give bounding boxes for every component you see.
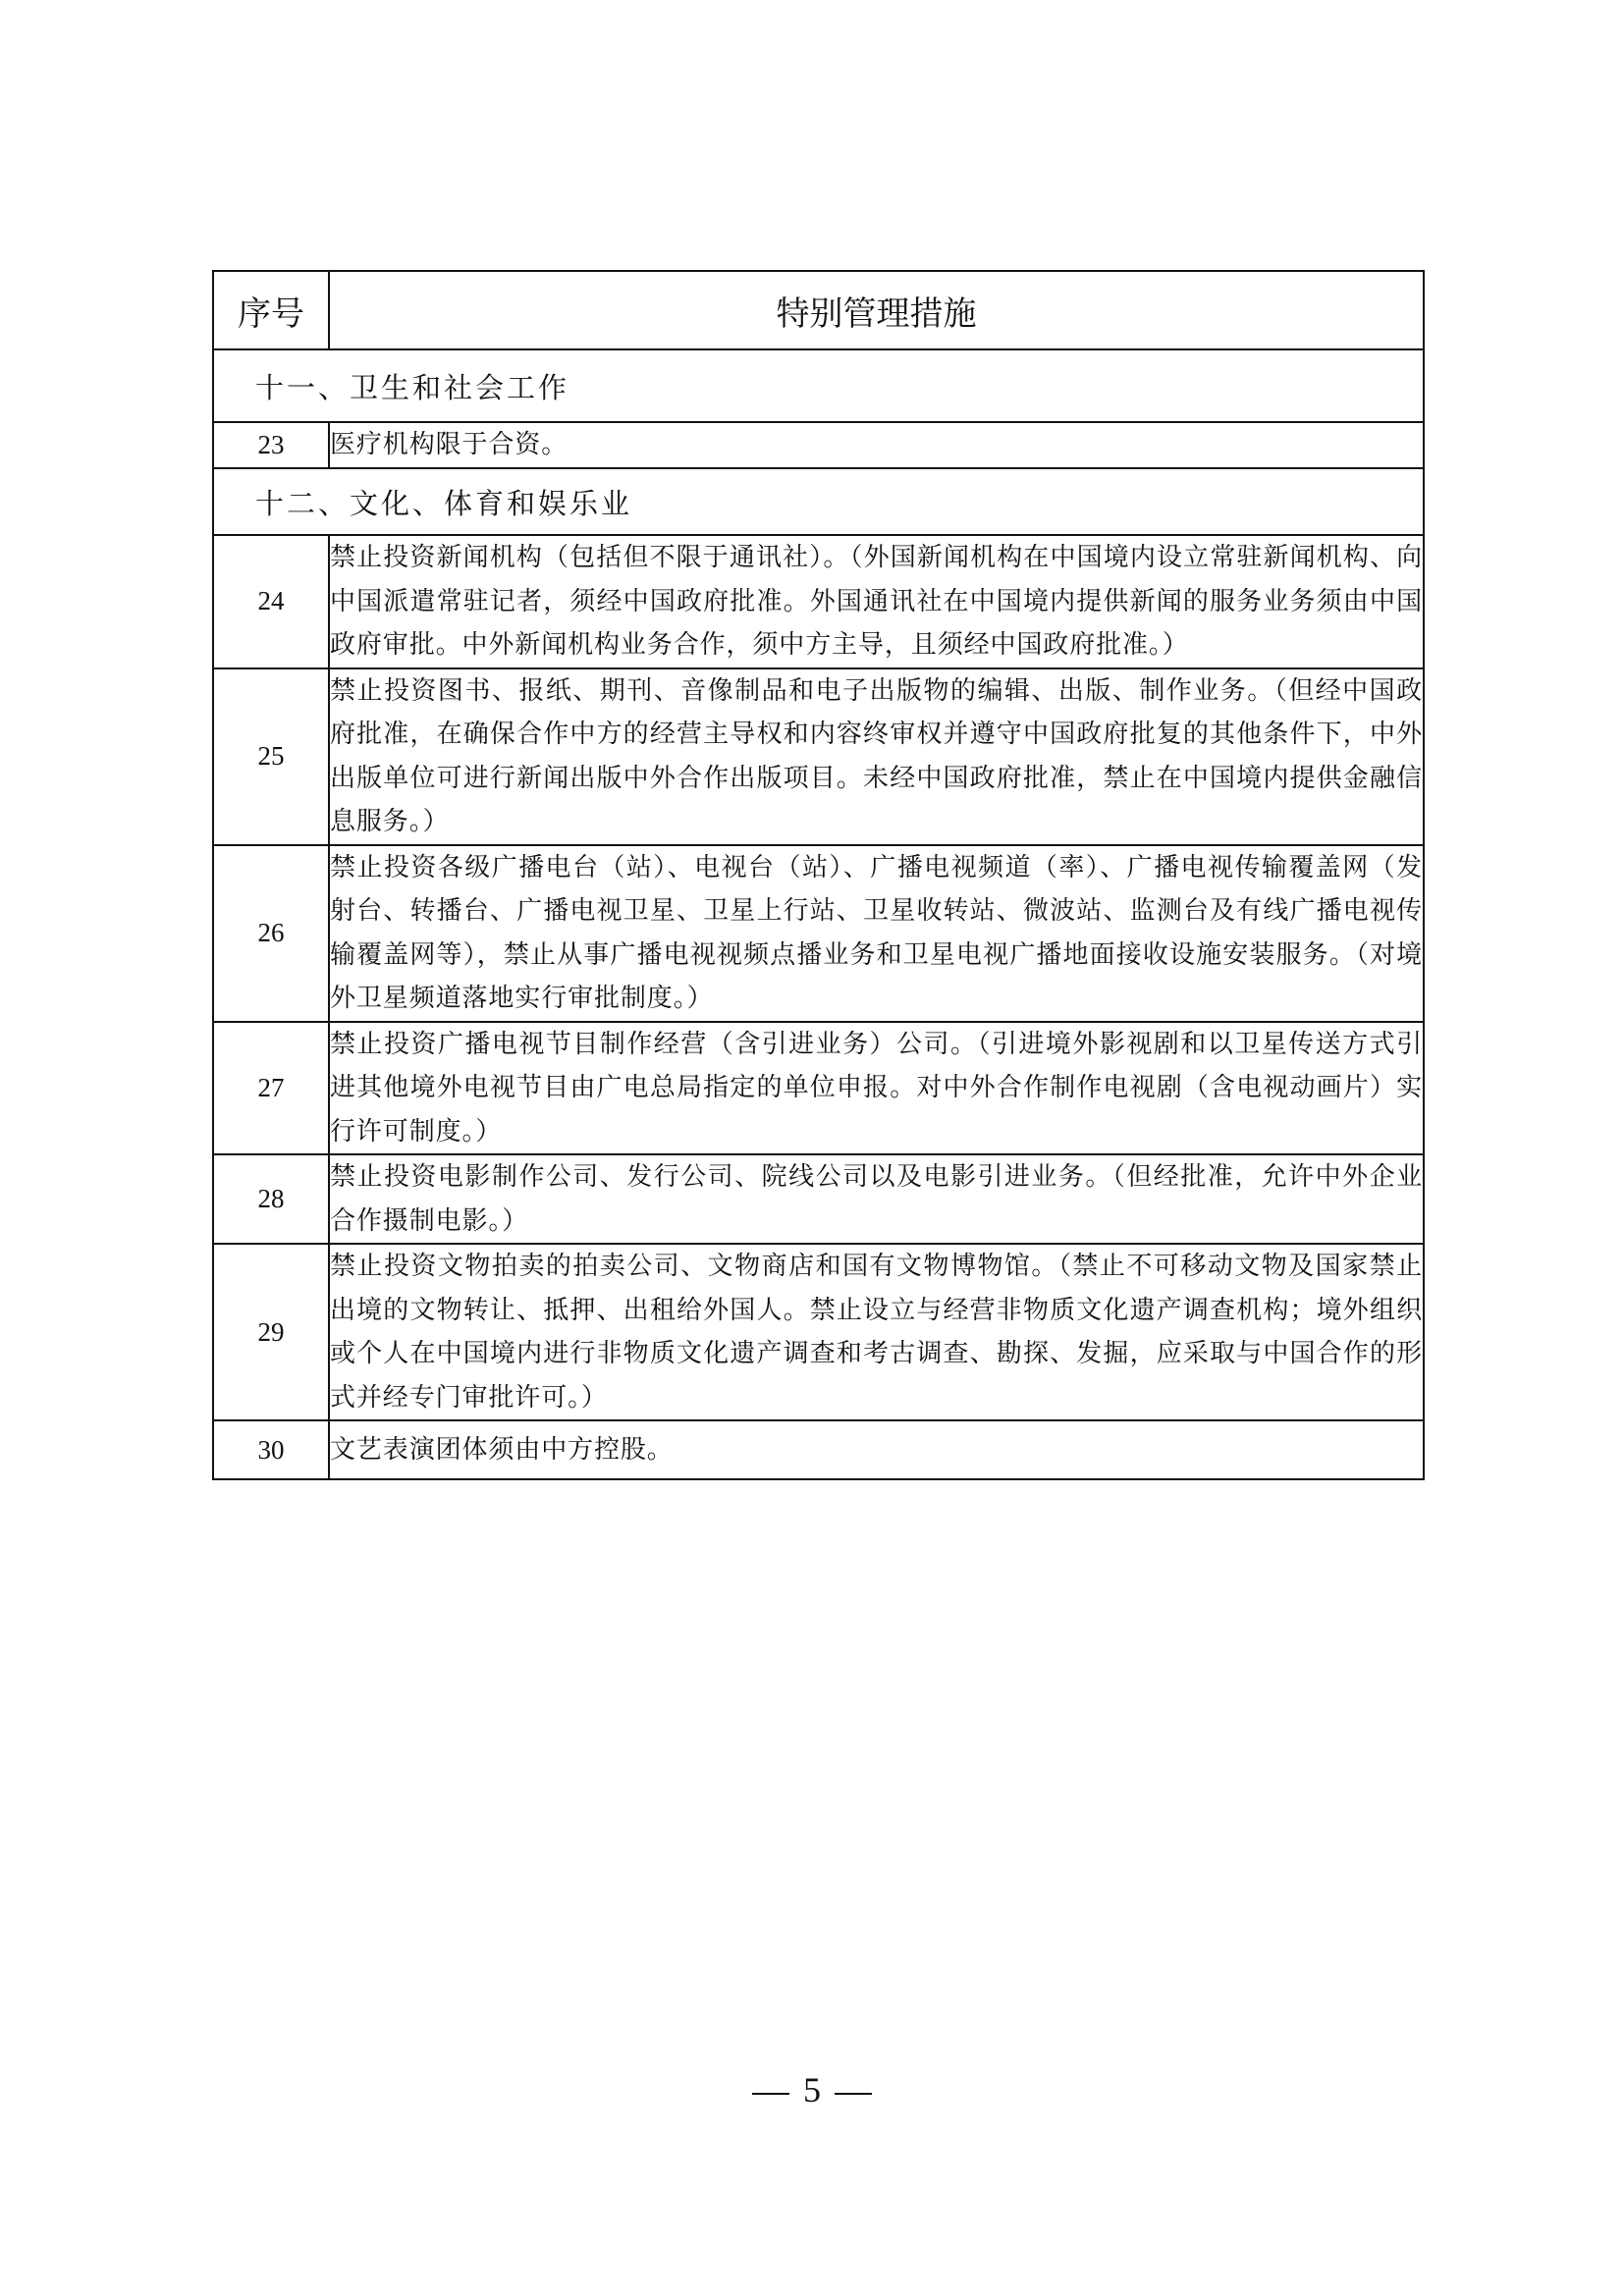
table-row: 24 禁止投资新闻机构（包括但不限于通讯社）。（外国新闻机构在中国境内设立常驻新… — [213, 535, 1424, 668]
table-row: 26 禁止投资各级广播电台（站）、电视台（站）、广播电视频道（率）、广播电视传输… — [213, 845, 1424, 1022]
special-measures-table: 序号 特别管理措施 十一、卫生和社会工作 23 医疗机构限于合资。 十二、文化、… — [212, 270, 1425, 1480]
row-number: 26 — [213, 845, 329, 1022]
table-row: 28 禁止投资电影制作公司、发行公司、院线公司以及电影引进业务。（但经批准，允许… — [213, 1154, 1424, 1244]
row-number: 25 — [213, 668, 329, 845]
row-measure: 文艺表演团体须由中方控股。 — [329, 1420, 1424, 1479]
page-number: 5 — [803, 2070, 821, 2109]
table-row: 30 文艺表演团体须由中方控股。 — [213, 1420, 1424, 1479]
row-measure: 禁止投资图书、报纸、期刊、音像制品和电子出版物的编辑、出版、制作业务。（但经中国… — [329, 668, 1424, 845]
section-row: 十二、文化、体育和娱乐业 — [213, 468, 1424, 535]
row-measure: 禁止投资电影制作公司、发行公司、院线公司以及电影引进业务。（但经批准，允许中外企… — [329, 1154, 1424, 1244]
section-title: 十一、卫生和社会工作 — [213, 349, 1424, 422]
header-number: 序号 — [213, 271, 329, 349]
dash-right — [835, 2093, 872, 2095]
page-footer: 5 — [0, 2069, 1624, 2110]
table-row: 23 医疗机构限于合资。 — [213, 422, 1424, 468]
dash-left — [752, 2093, 789, 2095]
row-measure: 医疗机构限于合资。 — [329, 422, 1424, 468]
row-number: 28 — [213, 1154, 329, 1244]
section-row: 十一、卫生和社会工作 — [213, 349, 1424, 422]
row-number: 30 — [213, 1420, 329, 1479]
row-measure: 禁止投资广播电视节目制作经营（含引进业务）公司。（引进境外影视剧和以卫星传送方式… — [329, 1022, 1424, 1155]
table-row: 25 禁止投资图书、报纸、期刊、音像制品和电子出版物的编辑、出版、制作业务。（但… — [213, 668, 1424, 845]
row-number: 29 — [213, 1244, 329, 1420]
document-page: 序号 特别管理措施 十一、卫生和社会工作 23 医疗机构限于合资。 十二、文化、… — [0, 0, 1624, 2296]
table-row: 27 禁止投资广播电视节目制作经营（含引进业务）公司。（引进境外影视剧和以卫星传… — [213, 1022, 1424, 1155]
row-number: 23 — [213, 422, 329, 468]
row-number: 24 — [213, 535, 329, 668]
table-row: 29 禁止投资文物拍卖的拍卖公司、文物商店和国有文物博物馆。（禁止不可移动文物及… — [213, 1244, 1424, 1420]
row-measure: 禁止投资文物拍卖的拍卖公司、文物商店和国有文物博物馆。（禁止不可移动文物及国家禁… — [329, 1244, 1424, 1420]
header-measures: 特别管理措施 — [329, 271, 1424, 349]
row-measure: 禁止投资各级广播电台（站）、电视台（站）、广播电视频道（率）、广播电视传输覆盖网… — [329, 845, 1424, 1022]
row-number: 27 — [213, 1022, 329, 1155]
section-title: 十二、文化、体育和娱乐业 — [213, 468, 1424, 535]
row-measure: 禁止投资新闻机构（包括但不限于通讯社）。（外国新闻机构在中国境内设立常驻新闻机构… — [329, 535, 1424, 668]
table-header-row: 序号 特别管理措施 — [213, 271, 1424, 349]
